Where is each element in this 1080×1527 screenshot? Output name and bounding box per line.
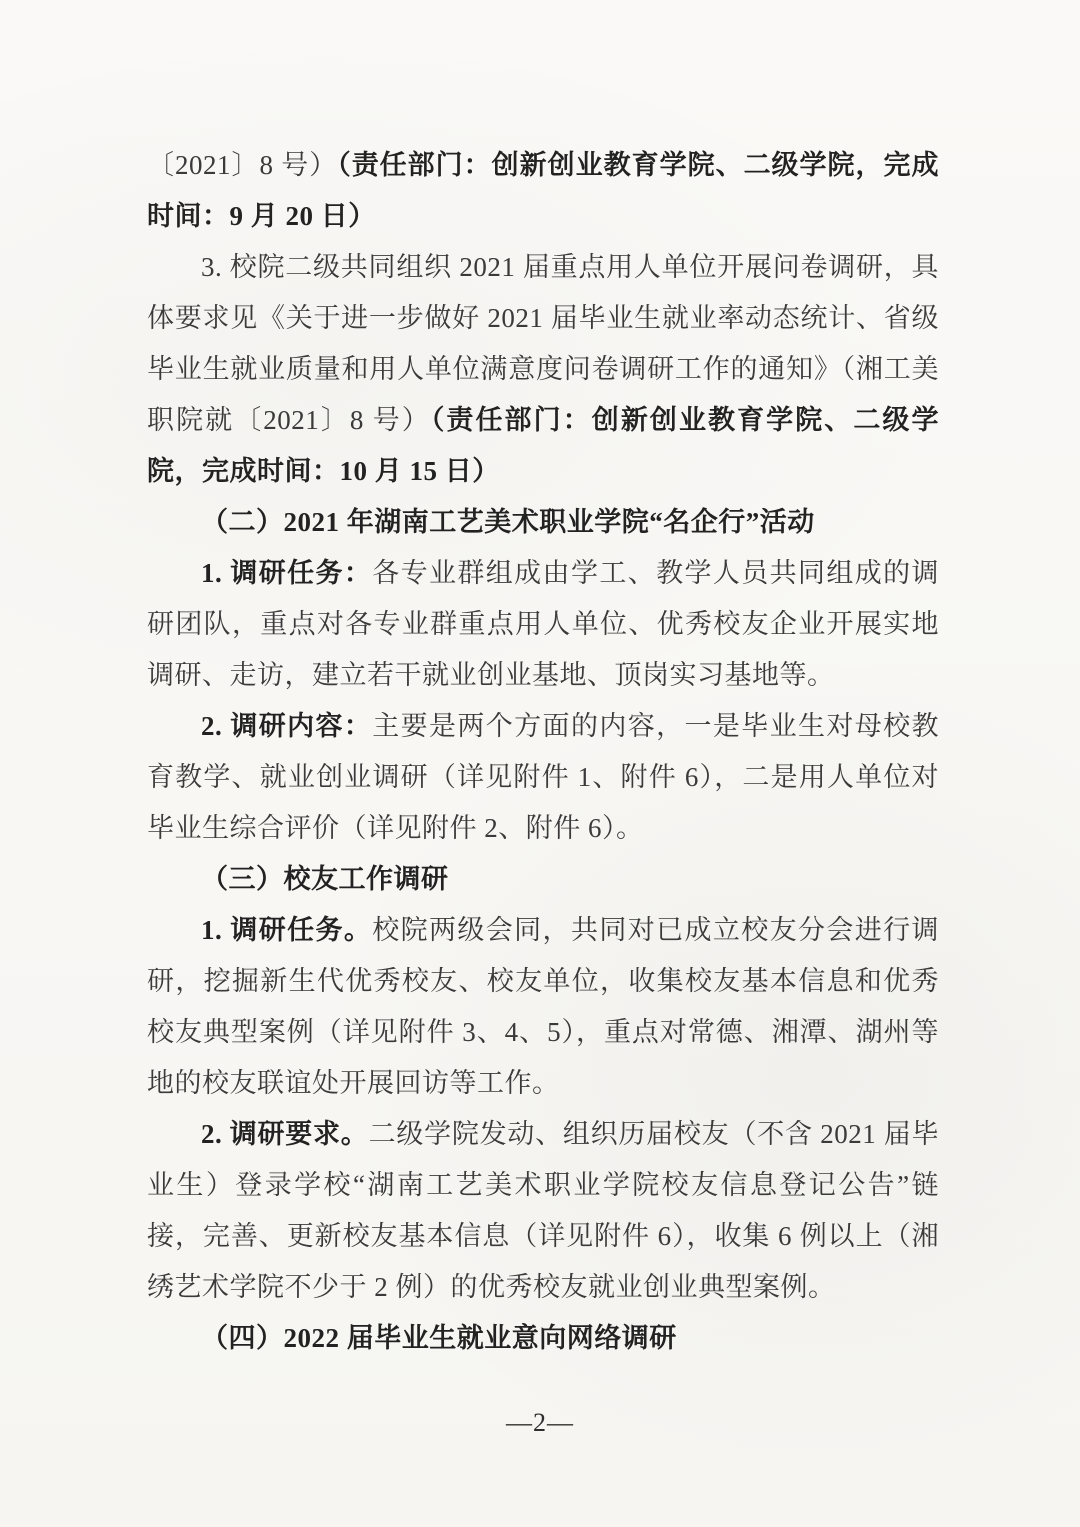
text-run-regular: 〔2021〕8 号） [147, 150, 337, 180]
alumni-task-paragraph: 1. 调研任务。校院两级会同，共同对已成立校友分会进行调研，挖掘新生代优秀校友、… [147, 905, 939, 1109]
section-heading-text: （三）校友工作调研 [201, 864, 449, 894]
survey-content-paragraph: 2. 调研内容：主要是两个方面的内容，一是毕业生对母校教育教学、就业创业调研（详… [147, 701, 939, 854]
alumni-requirement-paragraph: 2. 调研要求。二级学院发动、组织历届校友（不含 2021 届毕业生）登录学校“… [147, 1109, 939, 1313]
carryover-paragraph: 〔2021〕8 号）（责任部门：创新创业教育学院、二级学院，完成时间：9 月 2… [147, 140, 939, 242]
document-page: 〔2021〕8 号）（责任部门：创新创业教育学院、二级学院，完成时间：9 月 2… [0, 0, 1080, 1527]
lead-in-bold-run: 2. 调研要求。 [201, 1119, 369, 1149]
lead-in-bold-run: 2. 调研内容： [201, 711, 372, 741]
section-heading-3: （三）校友工作调研 [147, 854, 939, 905]
section-heading-4: （四）2022 届毕业生就业意向网络调研 [147, 1313, 939, 1364]
section-heading-2: （二）2021 年湖南工艺美术职业学院“名企行”活动 [147, 497, 939, 548]
lead-in-bold-run: 1. 调研任务： [201, 558, 372, 588]
page-number: —2— [0, 1408, 1080, 1438]
section-heading-text: （二）2021 年湖南工艺美术职业学院“名企行”活动 [201, 507, 815, 537]
item-3-paragraph: 3. 校院二级共同组织 2021 届重点用人单位开展问卷调研，具体要求见《关于进… [147, 242, 939, 497]
survey-task-paragraph: 1. 调研任务：各专业群组成由学工、教学人员共同组成的调研团队，重点对各专业群重… [147, 548, 939, 701]
lead-in-bold-run: 1. 调研任务。 [201, 915, 372, 945]
document-body: 〔2021〕8 号）（责任部门：创新创业教育学院、二级学院，完成时间：9 月 2… [147, 140, 939, 1364]
section-heading-text: （四）2022 届毕业生就业意向网络调研 [201, 1323, 677, 1353]
